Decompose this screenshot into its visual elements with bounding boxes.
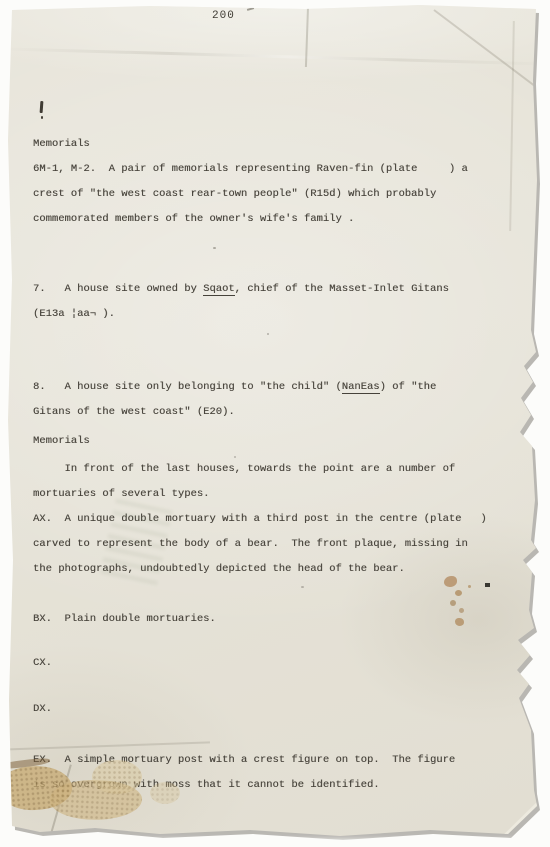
doc-text-segment: 6M-1, M-2. A pair of memorials represent… bbox=[33, 163, 468, 175]
doc-text-segment: carved to represent the body of a bear. … bbox=[33, 538, 468, 550]
doc-text-segment: In front of the last houses, towards the… bbox=[33, 463, 455, 475]
doc-text-segment: EX. A simple mortuary post with a crest … bbox=[33, 754, 455, 766]
doc-line: BX. Plain double mortuaries. bbox=[33, 607, 216, 632]
doc-text-segment: commemorated members of the owner's wife… bbox=[33, 213, 354, 225]
doc-line: Memorials bbox=[33, 429, 90, 454]
block-item-ex: EX. A simple mortuary post with a crest … bbox=[33, 748, 455, 798]
doc-line: 8. A house site only belonging to "the c… bbox=[33, 375, 436, 400]
paper-sheet: 200 Memorials6M-1, M-2. A pair of memori… bbox=[6, 3, 543, 836]
doc-text-segment: crest of "the west coast rear-town peopl… bbox=[33, 188, 436, 200]
doc-text-segment: is so overgrown with moss that it cannot… bbox=[33, 779, 380, 791]
doc-line: Gitans of the west coast" (E20). bbox=[33, 400, 436, 425]
document-text: Memorials6M-1, M-2. A pair of memorials … bbox=[6, 3, 543, 836]
doc-text-segment: CX. bbox=[33, 657, 52, 669]
doc-line: 7. A house site owned by Sqaot, chief of… bbox=[33, 277, 449, 302]
block-item-8: 8. A house site only belonging to "the c… bbox=[33, 375, 436, 425]
doc-text-segment: AX. A unique double mortuary with a thir… bbox=[33, 513, 487, 525]
doc-line: carved to represent the body of a bear. … bbox=[33, 532, 487, 557]
block-memorials-heading-1: Memorials bbox=[33, 132, 90, 157]
doc-line: Memorials bbox=[33, 132, 90, 157]
block-item-cx: CX. bbox=[33, 651, 52, 676]
doc-text-segment: Memorials bbox=[33, 435, 90, 447]
doc-line: the photographs, undoubtedly depicted th… bbox=[33, 557, 487, 582]
underlined-term: Sqaot bbox=[203, 283, 235, 296]
doc-text-segment: (E13a ¦aa¬ ). bbox=[33, 308, 115, 320]
doc-text-segment: Gitans of the west coast" (E20). bbox=[33, 406, 235, 418]
doc-line: commemorated members of the owner's wife… bbox=[33, 207, 468, 232]
doc-line: DX. bbox=[33, 697, 52, 722]
doc-text-segment: BX. Plain double mortuaries. bbox=[33, 613, 216, 625]
underlined-term: NanEas bbox=[342, 381, 380, 394]
doc-line: 6M-1, M-2. A pair of memorials represent… bbox=[33, 157, 468, 182]
doc-text-segment: 7. A house site owned by bbox=[33, 283, 203, 295]
doc-line: EX. A simple mortuary post with a crest … bbox=[33, 748, 455, 773]
doc-line: CX. bbox=[33, 651, 52, 676]
doc-line: AX. A unique double mortuary with a thir… bbox=[33, 507, 487, 532]
doc-text-segment: mortuaries of several types. bbox=[33, 488, 209, 500]
doc-text-segment: DX. bbox=[33, 703, 52, 715]
doc-line: (E13a ¦aa¬ ). bbox=[33, 302, 449, 327]
doc-line: mortuaries of several types. bbox=[33, 482, 455, 507]
doc-line: crest of "the west coast rear-town peopl… bbox=[33, 182, 468, 207]
block-item-bx: BX. Plain double mortuaries. bbox=[33, 607, 216, 632]
block-memorials-heading-2: Memorials bbox=[33, 429, 90, 454]
doc-text-segment: , chief of the Masset-Inlet Gitans bbox=[235, 283, 449, 295]
doc-text-segment: ) of "the bbox=[380, 381, 437, 393]
block-item-7: 7. A house site owned by Sqaot, chief of… bbox=[33, 277, 449, 327]
doc-text-segment: Memorials bbox=[33, 138, 90, 150]
block-item-ax: AX. A unique double mortuary with a thir… bbox=[33, 507, 487, 582]
block-item-dx: DX. bbox=[33, 697, 52, 722]
block-para-6m: 6M-1, M-2. A pair of memorials represent… bbox=[33, 157, 468, 232]
doc-line: is so overgrown with moss that it cannot… bbox=[33, 773, 455, 798]
doc-text-segment: 8. A house site only belonging to "the c… bbox=[33, 381, 342, 393]
block-para-intro: In front of the last houses, towards the… bbox=[33, 457, 455, 507]
scanned-document: 200 Memorials6M-1, M-2. A pair of memori… bbox=[0, 0, 550, 847]
doc-line: In front of the last houses, towards the… bbox=[33, 457, 455, 482]
doc-text-segment: the photographs, undoubtedly depicted th… bbox=[33, 563, 405, 575]
